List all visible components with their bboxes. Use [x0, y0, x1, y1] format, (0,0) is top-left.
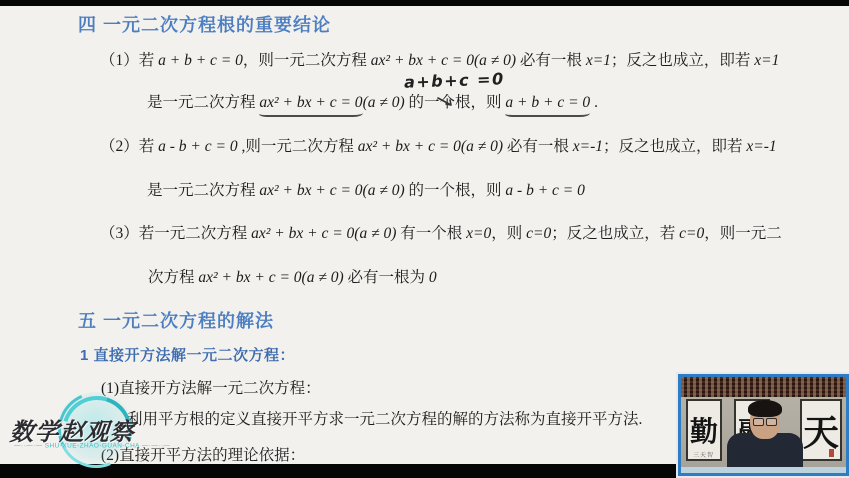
text-segment: ；反之也成立，即若: [611, 52, 754, 69]
text-segment: ；反之也成立，即若: [603, 138, 746, 155]
text-segment: (a ≠ 0): [363, 94, 405, 111]
text-segment: ax² + bx + c = 0(a ≠ 0): [358, 138, 503, 155]
text-segment: ，则一元二: [704, 225, 782, 242]
text-segment: ax² + bx + c = 0(a ≠ 0): [198, 269, 343, 286]
statement-line-3: （2）若 a - b + c = 0 ,则一元二次方程 ax² + bx + c…: [100, 136, 777, 158]
calligraphy-signature: 三天智: [693, 450, 714, 459]
desk-edge: [681, 467, 846, 473]
text-segment: ,则一元二次方程: [238, 138, 358, 155]
presenter: [727, 403, 803, 467]
text-segment: a + b + c = 0: [505, 92, 590, 117]
text-segment: （2）若: [100, 138, 158, 155]
handwritten-annotation: a+b+c =0: [404, 69, 505, 92]
calligraphy-panel-right: 天: [800, 399, 842, 461]
text-segment: .: [590, 94, 598, 111]
text-segment: x=0: [466, 225, 491, 242]
text-segment: x=-1: [573, 138, 603, 155]
statement-line-1: （1）若 a + b + c = 0，则一元二次方程 ax² + bx + c …: [100, 50, 779, 72]
webcam-overlay: 勤 融 天 三天智: [676, 372, 849, 478]
presenter-hair: [748, 400, 782, 417]
text-segment: ax² + bx + c = 0(a ≠ 0): [251, 225, 396, 242]
video-frame: 四 一元二次方程根的重要结论 （1）若 a + b + c = 0，则一元二次方…: [0, 0, 849, 478]
logo-title: 数学赵观察: [8, 412, 136, 447]
text-segment: 是一元二次方程: [147, 94, 259, 111]
statement-line-5: （3）若一元二次方程 ax² + bx + c = 0(a ≠ 0) 有一个根 …: [100, 223, 782, 245]
text-segment: 0: [429, 269, 437, 286]
text-segment: x=-1: [746, 138, 776, 155]
text-segment: 有一个根: [396, 225, 466, 242]
text-segment: c=0: [679, 225, 704, 242]
text-segment: 必有一根为: [344, 269, 429, 286]
text-segment: ax² + bx + c = 0: [259, 92, 362, 117]
text-segment: ax² + bx + c = 0(a ≠ 0): [371, 52, 516, 69]
solve-line-1: (1)直接开方法解一元二次方程：: [101, 378, 321, 400]
presenter-head: [750, 403, 780, 439]
red-seal-mark: [829, 449, 834, 457]
text-segment: c=0: [526, 225, 551, 242]
text-segment: 的一个根，则: [405, 182, 506, 199]
text-segment: 次方程: [148, 269, 198, 286]
glasses-lens-left: [753, 418, 764, 426]
webcam-video: 勤 融 天 三天智: [678, 374, 849, 476]
text-segment: ax² + bx + c = 0(a ≠ 0): [259, 182, 404, 199]
glasses-lens-right: [766, 418, 777, 426]
text-segment: a - b + c = 0: [505, 182, 584, 199]
text-segment: ，则: [491, 225, 526, 242]
text-segment: x=1: [586, 52, 611, 69]
text-segment: a + b + c = 0: [158, 52, 243, 69]
text-segment: （1）若: [100, 52, 158, 69]
glasses-icon: [753, 418, 777, 425]
statement-line-2: 是一元二次方程 ax² + bx + c = 0(a ≠ 0) 的一个根，则 a…: [147, 92, 598, 114]
handwritten-arrow-icon: [436, 96, 458, 115]
solve-line-2: 利用平方根的定义直接开平方求一元二次方程的解的方法称为直接开平方法.: [127, 409, 642, 431]
letterbox-top: [0, 0, 849, 6]
carved-panel-background: [681, 377, 846, 397]
section5-subheading: 1 直接开方法解一元二次方程：: [80, 344, 295, 365]
text-segment: 必有一根: [516, 52, 586, 69]
logo-subtitle: —··—·— SHU-XUE-ZHAO-GUAN-CHA —·—··—: [14, 443, 152, 449]
text-segment: 必有一根: [503, 138, 573, 155]
statement-line-4: 是一元二次方程 ax² + bx + c = 0(a ≠ 0) 的一个根，则 a…: [147, 180, 585, 202]
text-segment: ；反之也成立，若: [551, 225, 679, 242]
text-segment: ，则一元二次方程: [243, 52, 371, 69]
channel-logo: 数学赵观察 —··—·— SHU-XUE-ZHAO-GUAN-CHA —·—··…: [4, 398, 164, 464]
text-segment: 是一元二次方程: [147, 182, 259, 199]
text-segment: （3）若一元二次方程: [100, 225, 251, 242]
statement-line-6: 次方程 ax² + bx + c = 0(a ≠ 0) 必有一根为 0: [148, 267, 437, 289]
text-segment: a - b + c = 0: [158, 138, 237, 155]
text-segment: x=1: [754, 52, 779, 69]
section5-heading: 五 一元二次方程的解法: [78, 307, 274, 333]
section4-heading: 四 一元二次方程根的重要结论: [78, 11, 331, 37]
